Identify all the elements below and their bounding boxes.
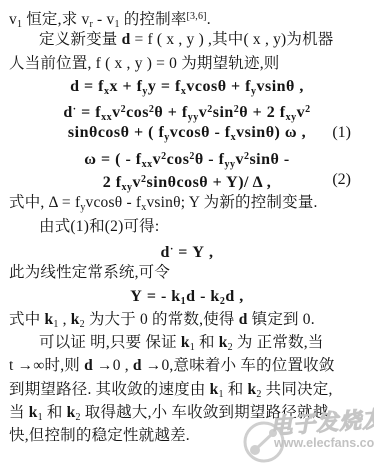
text-line: 人当前位置, f ( x , y ) = 0 为期望轨迹,则 [9, 52, 365, 75]
equation-line: sinθcosθ + ( fyvcosθ - fxvsinθ) ω ,(1) [9, 121, 365, 144]
text-line: 由式(1)和(2)可得: [9, 215, 365, 238]
text-line: 定义新变量 d = f ( x , y ) ,其中( x , y)为机器 [9, 28, 365, 51]
equation-line: d = fxx + fyy = fxvcosθ + fyvsinθ , [9, 75, 365, 98]
equation-line: Υ = - k1d - k2d , [9, 285, 365, 308]
equation-number: (2) [332, 168, 351, 191]
equation-line: ω = ( - fxxv2cos2θ - fyyv2sinθ - [9, 145, 365, 168]
text-line: t →∞时,则 d →0 , d →0,意味着小 车的位置收敛 [9, 354, 365, 377]
text-line: v1 恒定,求 vr - v1 的控制率[3,6]. [9, 5, 365, 28]
equation-line: 2 fxyv2sinθcosθ + Υ)/ Δ ,(2) [9, 168, 365, 191]
equation-number: (1) [332, 121, 351, 144]
text-line: 可以证 明,只要 保证 k1 和 k2 为 正常数,当 [9, 331, 365, 354]
text-line: 当 k1 和 k2 取得越大,小 车收敛到期望路径就越 [9, 401, 365, 424]
text-line: 此为线性定常系统,可令 [9, 261, 365, 284]
document-text: v1 恒定,求 vr - v1 的控制率[3,6].定义新变量 d = f ( … [9, 5, 365, 448]
page: v1 恒定,求 vr - v1 的控制率[3,6].定义新变量 d = f ( … [0, 0, 374, 464]
equation-line: d· = fxxv2cos2θ + fyyv2sin2θ + 2 fxyv2 [9, 98, 365, 121]
text-line: 式中 k1 , k2 为大于 0 的常数,使得 d 镇定到 0. [9, 308, 365, 331]
equation-line: d· = Υ , [9, 238, 365, 261]
text-line: 到期望路径. 其收敛的速度由 k1 和 k2 共同决定, [9, 378, 365, 401]
text-line: 式中, Δ = fyvcosθ - fxvsinθ; Υ 为新的控制变量. [9, 191, 365, 214]
text-line: 快,但控制的稳定性就越差. [9, 424, 365, 447]
